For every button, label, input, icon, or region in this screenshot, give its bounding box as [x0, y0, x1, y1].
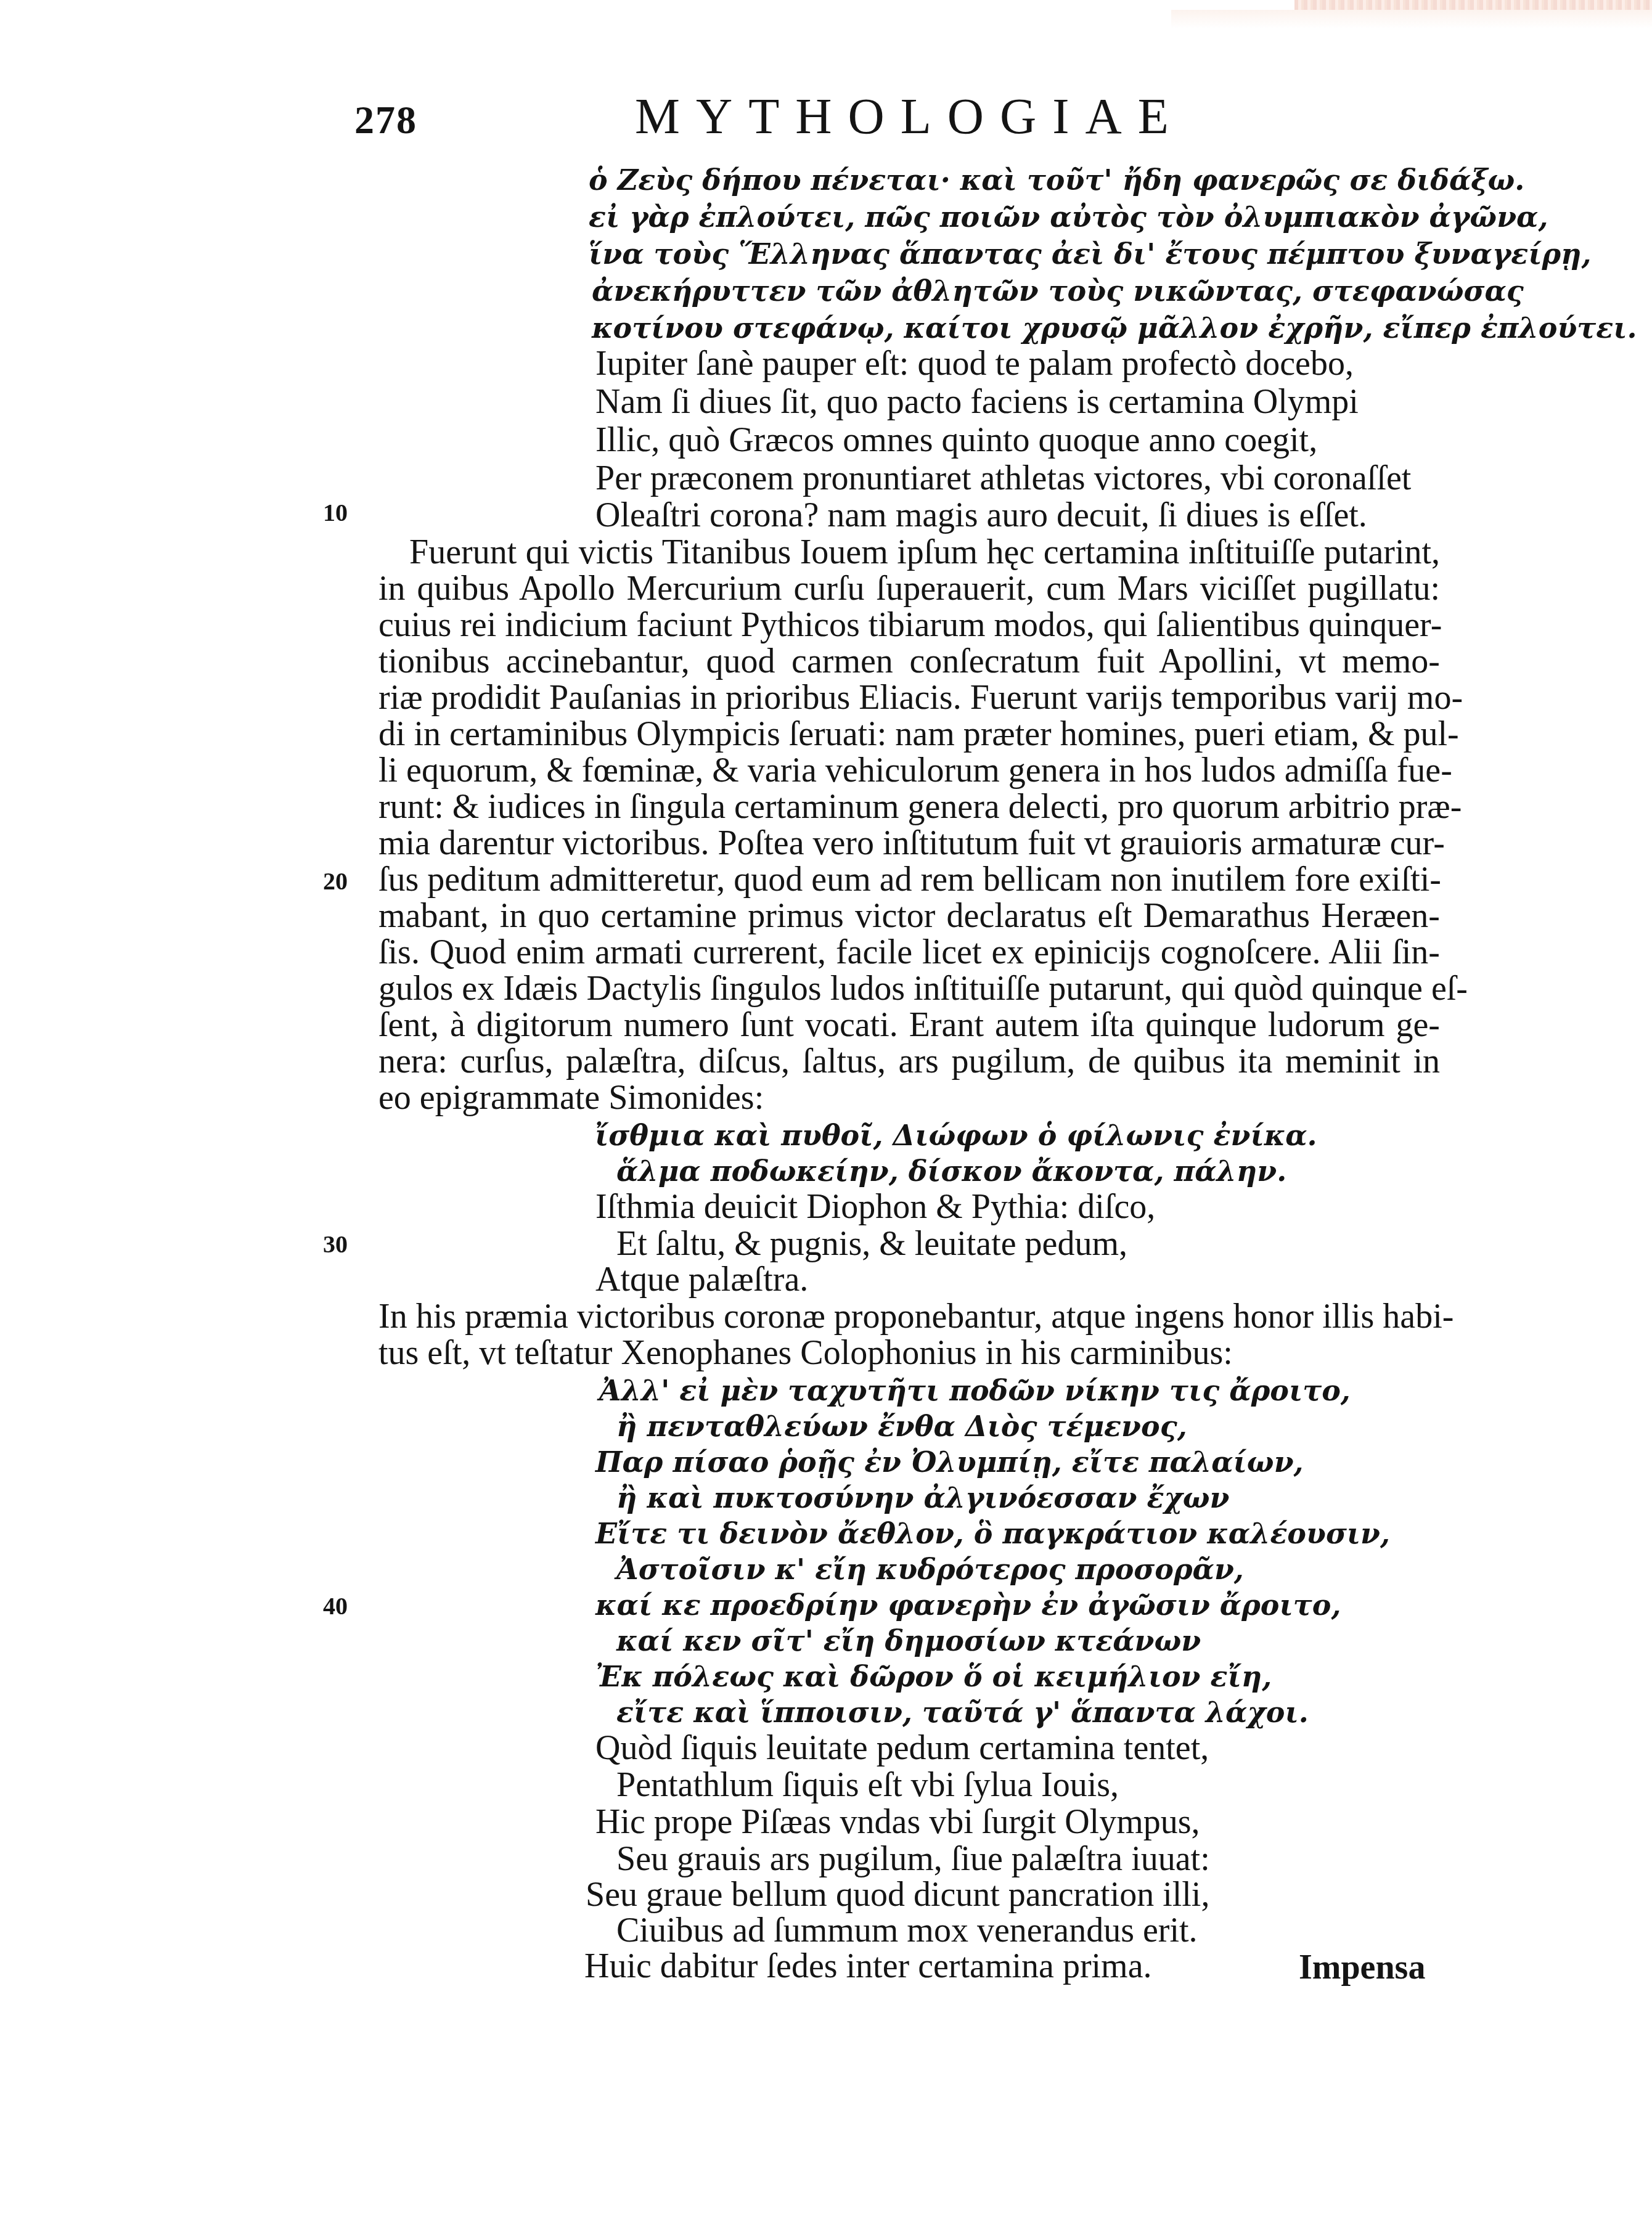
- greek-verse-line: Παρ πίσαο ῥοῇς ἐν Ὀλυμπίῃ, εἴτε παλαίων,: [595, 1444, 1304, 1481]
- prose-line: tionibus accinebantur, quod carmen conſe…: [378, 643, 1440, 680]
- running-head: MYTHOLOGIAE: [635, 88, 1185, 145]
- prose-line: mabant, in quo certamine primus victor d…: [378, 897, 1440, 934]
- line-number-30: 30: [323, 1230, 348, 1259]
- prose-line: li equorum, & fœminæ, & varia vehiculoru…: [378, 752, 1440, 789]
- prose-line: ſent, à digitorum numero ſunt vocati. Er…: [378, 1007, 1440, 1044]
- prose-line: runt: & iudices in ſingula certaminum ge…: [378, 788, 1440, 825]
- latin-verse-line: Iſthmia deuicit Diophon & Pythia: diſco,: [595, 1188, 1155, 1225]
- prose-line: cuius rei indicium faciunt Pythicos tibi…: [378, 607, 1440, 643]
- prose-line: Fuerunt qui victis Titanibus Iouem ipſum…: [378, 534, 1440, 571]
- latin-verse-line: Per præconem pronuntiaret athletas victo…: [595, 460, 1411, 497]
- latin-verse-line: Quòd ſiquis leuitate pedum certamina ten…: [595, 1730, 1209, 1767]
- page-number: 278: [354, 97, 417, 143]
- latin-verse-line: Nam ſi diues ſit, quo pacto faciens is c…: [595, 383, 1359, 420]
- greek-verse-line: ἵνα τοὺς Ἕλληνας ἅπαντας ἀεὶ δι' ἔτους π…: [589, 235, 1592, 272]
- latin-verse-line: Hic prope Piſæas vndas vbi ſurgit Olympu…: [595, 1803, 1200, 1840]
- prose-line: gulos ex Idæis Dactylis ſingulos ludos i…: [378, 970, 1440, 1007]
- latin-verse-line: Ciuibus ad ſummum mox venerandus erit.: [616, 1912, 1198, 1949]
- prose-line: riæ prodidit Pauſanias in prioribus Elia…: [378, 679, 1440, 716]
- latin-verse-line: Iupiter ſanè pauper eſt: quod te palam p…: [595, 345, 1354, 382]
- greek-verse-line: ἀνεκήρυττεν τῶν ἀθλητῶν τοὺς νικῶντας, σ…: [592, 272, 1524, 309]
- latin-verse-line: Illic, quò Græcos omnes quinto quoque an…: [595, 422, 1317, 459]
- latin-verse-line: Atque palæſtra.: [595, 1261, 808, 1298]
- latin-verse-line: Pentathlum ſiquis eſt vbi ſylua Iouis,: [616, 1767, 1119, 1803]
- prose-line: nera: curſus, palæſtra, diſcus, ſaltus, …: [378, 1043, 1440, 1080]
- greek-verse-line: Εἴτε τι δεινὸν ἄεθλον, ὃ παγκράτιον καλέ…: [595, 1515, 1390, 1552]
- line-number-40: 40: [323, 1591, 348, 1620]
- greek-verse-line: καί κε προεδρίην φανερὴν ἐν ἀγῶσιν ἄροιτ…: [595, 1587, 1341, 1624]
- greek-verse-line: Ἀλλ' εἰ μὲν ταχυτῆτι ποδῶν νίκην τις ἄρο…: [599, 1372, 1351, 1409]
- greek-verse-line: καί κεν σῖτ' εἴη δημοσίων κτεάνων: [616, 1622, 1201, 1659]
- greek-verse-line: Ἀστοῖσιν κ' εἴη κυδρότερος προσορᾶν,: [616, 1551, 1244, 1588]
- latin-verse-line: Oleaſtri corona? nam magis auro decuit, …: [595, 497, 1367, 534]
- greek-verse-line: ὁ Ζεὺς δήπου πένεται· καὶ τοῦτ' ἤδη φανε…: [589, 161, 1524, 198]
- greek-verse-line: Ἐκ πόλεως καὶ δῶρον ὅ οἱ κειμήλιον εἴη,: [595, 1658, 1272, 1695]
- latin-verse-line: Huic dabitur ſedes inter certamina prima…: [584, 1948, 1152, 1985]
- line-number-20: 20: [323, 867, 348, 896]
- prose-line: mia darentur victoribus. Poſtea vero inſ…: [378, 825, 1440, 862]
- page-edge-fade: [1171, 10, 1652, 28]
- line-number-10: 10: [323, 498, 348, 527]
- greek-verse-line: ἢ πενταθλεύων ἔνθα Διὸς τέμενος,: [616, 1408, 1187, 1445]
- prose-line: eo epigrammate Simonides:: [378, 1079, 1440, 1116]
- latin-verse-line: Et ſaltu, & pugnis, & leuitate pedum,: [616, 1225, 1127, 1262]
- prose-line: tus eſt, vt teſtatur Xenophanes Colophon…: [378, 1334, 1440, 1371]
- latin-verse-line: Seu graue bellum quod dicunt pancration …: [586, 1876, 1209, 1913]
- latin-verse-line: Seu grauis ars pugilum, ſiue palæſtra iu…: [616, 1840, 1210, 1877]
- prose-line: ſus peditum admitteretur, quod eum ad re…: [378, 861, 1440, 898]
- greek-verse-line: εἰ γὰρ ἐπλούτει, πῶς ποιῶν αὐτὸς τὸν ὀλυ…: [589, 198, 1548, 235]
- greek-verse-line: εἴτε καὶ ἵπποισιν, ταῦτά γ' ἅπαντα λάχοι…: [616, 1694, 1309, 1731]
- prose-line: in quibus Apollo Mercurium curſu ſuperau…: [378, 570, 1440, 607]
- prose-line: di in certaminibus Olympicis ſeruati: na…: [378, 716, 1440, 753]
- prose-line: In his præmia victoribus coronæ proponeb…: [378, 1298, 1440, 1335]
- page-edge-strip: [1294, 0, 1652, 10]
- prose-line: ſis. Quod enim armati currerent, facile …: [378, 934, 1440, 971]
- greek-verse-line: ἴσθμια καὶ πυθοῖ, Διώφων ὁ φίλωνις ἐνίκα…: [595, 1117, 1317, 1154]
- greek-verse-line: κοτίνου στεφάνῳ, καίτοι χρυσῷ μᾶλλον ἐχρ…: [592, 309, 1637, 346]
- catchword: Impensa: [1299, 1948, 1425, 1987]
- greek-verse-line: ἅλμα ποδωκείην, δίσκον ἄκοντα, πάλην.: [616, 1153, 1286, 1190]
- greek-verse-line: ἢ καὶ πυκτοσύνην ἀλγινόεσσαν ἔχων: [616, 1479, 1229, 1516]
